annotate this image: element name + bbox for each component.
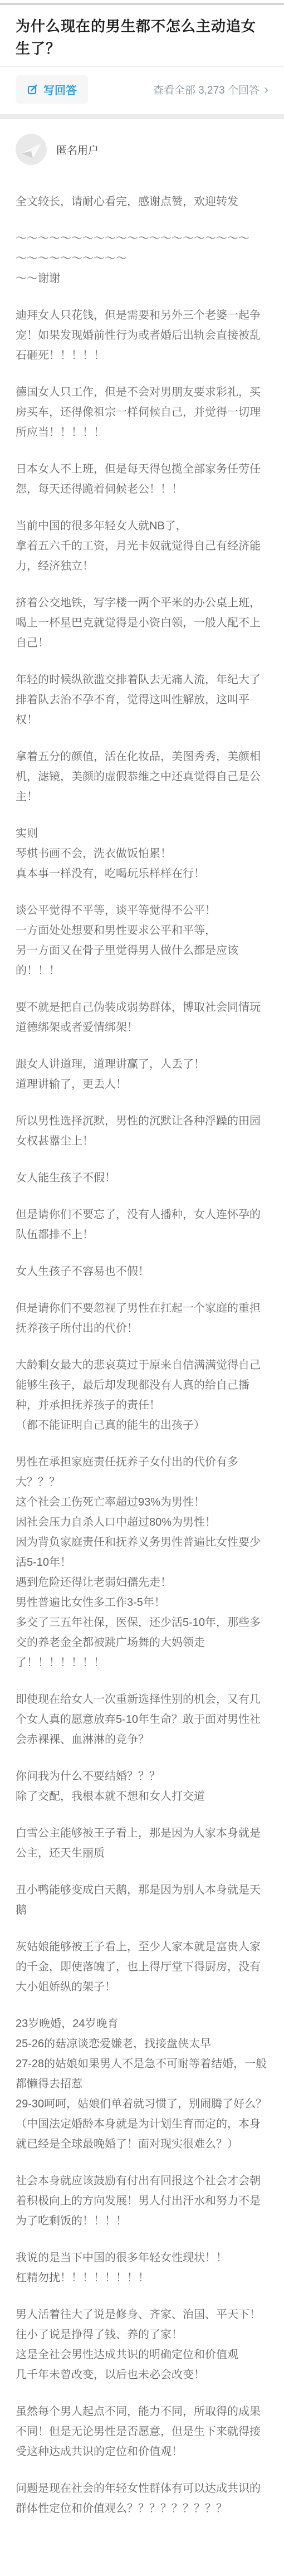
view-all-answers-link[interactable]: 查看全部 3,273 个回答 ›: [153, 82, 268, 97]
answer-paragraph: 全文较长，请耐心看完，感谢点赞，欢迎转发: [16, 192, 268, 212]
answer-body: 全文较长，请耐心看完，感谢点赞，欢迎转发～～～～～～～～～～～～～～～～～～～～…: [16, 192, 268, 2519]
answer-paragraph: 女人生孩子不容易也不假！: [16, 1262, 268, 1282]
avatar[interactable]: [16, 134, 47, 165]
answer-text-line: 挤着公交地铁，写字楼一两个平米的办公桌上班，喝上一杯星巴克就觉得是小资白领，一般…: [16, 593, 268, 653]
answer-paragraph: 当前中国的很多年轻女人就NB了，拿着五六千的工资，月光卡奴就觉得自己有经济能力，…: [16, 516, 268, 576]
answer-text-line: 男性普遍比女性多工作3-5年！: [16, 1593, 268, 1613]
answer-paragraph: 男人活着往大了说是修身、齐家、治国、平天下！往小了说是挣得了钱、养的了家！这是全…: [16, 2305, 268, 2385]
answer-text-line: 谈公平觉得不平等，谈平等觉得不公平！: [16, 900, 268, 921]
chevron-right-icon: ›: [264, 84, 268, 95]
answer-text-line: 但是请你们不要忽视了男性在扛起一个家庭的重担抚养孩子所付出的代价！: [16, 1298, 268, 1338]
answer-text-line: 27-28的姑娘如果男人不是急不可耐等着结婚，一般都懒得去招惹: [16, 2054, 268, 2094]
answer-paragraph: 男性在承担家庭责任抚养子女付出的代价有多大？？？这个社会工伤死亡率超过93%为男…: [16, 1452, 268, 1673]
answer-text-line: 多交了三五年社保，医保，还少活5-10年，那些多交的养老金全都被跳广场舞的大妈领…: [16, 1613, 268, 1673]
answer-paragraph: 丑小鸭能够变成白天鹅，那是因为别人本身就是天鹅: [16, 1880, 268, 1920]
write-answer-label: 写回答: [43, 81, 77, 98]
answer-text-line: 25-26的菇凉谈恋爱嫌老，找接盘侠太早: [16, 2034, 268, 2054]
answer-paragraph: 你问我为什么不要结婚？？？除了交配，我根本就不想和女人打交道: [16, 1766, 268, 1806]
answer-text-line: 大龄剩女最大的悲哀莫过于原来自信满满觉得自己能够生孩子，最后却发现都没有人真的给…: [16, 1355, 268, 1415]
answer-paragraph: 女人能生孩子不假！: [16, 1168, 268, 1188]
answer-paragraph: 灰姑娘能够被王子看上，至少人家本就是富贵人家的千金，即使落魄了，也上得厅堂下得厨…: [16, 1937, 268, 1997]
section-divider: [0, 114, 284, 119]
answer-paragraph: 年轻的时候纵欲滥交排着队去无痛人流，年纪大了排着队去治不孕不育，觉得这叫性解放，…: [16, 670, 268, 730]
view-all-label: 查看全部 3,273 个回答: [153, 82, 259, 97]
answer-text-line: 年轻的时候纵欲滥交排着队去无痛人流，年纪大了排着队去治不孕不育，觉得这叫性解放，…: [16, 670, 268, 730]
answer-card: 匿名用户 全文较长，请耐心看完，感谢点赞，欢迎转发～～～～～～～～～～～～～～～…: [0, 119, 284, 2549]
answer-text-line: 白雪公主能够被王子看上，那是因为人家本身就是公主，还天生丽质: [16, 1823, 268, 1863]
answer-text-line: 拿着五六千的工资，月光卡奴就觉得自己有经济能力，经济独立！: [16, 536, 268, 576]
answer-text-line: 女人生孩子不容易也不假！: [16, 1262, 268, 1282]
answer-text-line: ～～谢谢: [16, 269, 268, 289]
answer-text-line: 23岁晚婚，24岁晚育: [16, 2014, 268, 2034]
answer-paragraph: 要不就是把自己伪装成弱势群体，博取社会同情玩道德绑架或者爱情绑架！: [16, 997, 268, 1038]
answer-text-line: 29-30呵呵，姑娘们单着就习惯了，别闹腾了好么？: [16, 2094, 268, 2114]
answer-paragraph: 日本女人不上班，但是每天得包揽全部家务任劳任怨，每天还得跪着伺候老公！！！: [16, 459, 268, 499]
write-answer-button[interactable]: 写回答: [16, 75, 88, 104]
question-page: 为什么现在的男生都不怎么主动追女生了？ 写回答 查看全部 3,273 个回答 ›: [0, 0, 284, 2549]
answer-text-line: 德国女人只工作，但是不会对男朋友要求彩礼，买房买车，还得像祖宗一样伺候自己，并觉…: [16, 382, 268, 442]
answer-paragraph: 谈公平觉得不平等，谈平等觉得不公平！一方面处处想要和男性要求公平和平等，另一方面…: [16, 900, 268, 981]
answer-text-line: 迪拜女人只花钱，但是需要和另外三个老婆一起争宠！如果发现婚前性行为或者婚后出轨会…: [16, 305, 268, 366]
answer-text-line: 因社会压力自杀人口中超过80%为男性！: [16, 1512, 268, 1532]
answer-text-line: 你问我为什么不要结婚？？？: [16, 1766, 268, 1786]
question-title: 为什么现在的男生都不怎么主动追女生了？: [16, 15, 268, 60]
answer-paragraph: 实则琴棋书画不会，洗衣做饭怕累！真本事一样没有，吃喝玩乐样样在行！: [16, 824, 268, 884]
screenshot-top-edge: [0, 0, 284, 5]
question-action-row: 写回答 查看全部 3,273 个回答 ›: [0, 67, 284, 114]
answer-text-line: 当前中国的很多年轻女人就NB了，: [16, 516, 268, 536]
answer-text-line: 一方面处处想要和男性要求公平和平等，: [16, 921, 268, 941]
answer-text-line: 这个社会工伤死亡率超过93%为男性！: [16, 1492, 268, 1512]
answer-text-line: 丑小鸭能够变成白天鹅，那是因为别人本身就是天鹅: [16, 1880, 268, 1920]
answer-text-line: 拿着五分的颜值，活在化妆品，美图秀秀，美颜相机，滤镜，美颜的虚假恭维之中还真觉得…: [16, 747, 268, 807]
answer-text-line: 男性在承担家庭责任抚养子女付出的代价有多大？？？: [16, 1452, 268, 1492]
answer-text-line: 另一方面又在骨子里觉得男人做什么都是应该的！！！: [16, 941, 268, 981]
edit-square-icon: [27, 84, 38, 95]
answer-paragraph: 拿着五分的颜值，活在化妆品，美图秀秀，美颜相机，滤镜，美颜的虚假恭维之中还真觉得…: [16, 747, 268, 807]
anonymous-paper-plane-icon: [16, 134, 47, 165]
answer-paragraph: 白雪公主能够被王子看上，那是因为人家本身就是公主，还天生丽质: [16, 1823, 268, 1863]
answer-paragraph: 迪拜女人只花钱，但是需要和另外三个老婆一起争宠！如果发现婚前性行为或者婚后出轨会…: [16, 305, 268, 366]
answer-paragraph: 即使现在给女人一次重新选择性别的机会，又有几个女人真的愿意放弃5-10年生命？敢…: [16, 1689, 268, 1750]
answer-text-line: 琴棋书画不会，洗衣做饭怕累！: [16, 844, 268, 864]
answer-text-line: 道理讲输了，更丢人！: [16, 1074, 268, 1094]
answer-text-line: 除了交配，我根本就不想和女人打交道: [16, 1786, 268, 1806]
answer-text-line: 男人活着往大了说是修身、齐家、治国、平天下！: [16, 2305, 268, 2325]
answer-author-row[interactable]: 匿名用户: [16, 134, 268, 165]
answer-paragraph: 挤着公交地铁，写字楼一两个平米的办公桌上班，喝上一杯星巴克就觉得是小资白领，一般…: [16, 593, 268, 653]
answer-paragraph: 虽然每个男人起点不同，能力不同，所取得的成果不同！但是无论男性是否愿意，但是生下…: [16, 2402, 268, 2462]
answer-text-line: 女人能生孩子不假！: [16, 1168, 268, 1188]
answer-text-line: ～～～～～～～～～～: [16, 249, 268, 269]
answer-text-line: （中国法定婚龄本身就是为计划生育而定的，本身就已经是全球最晚婚了！面对现实很难么…: [16, 2114, 268, 2154]
answer-paragraph: 跟女人讲道理，道理讲赢了，人丢了！道理讲输了，更丢人！: [16, 1054, 268, 1094]
answer-text-line: 这是全社会男性达成共识的明确定位和价值观: [16, 2345, 268, 2365]
question-header: 为什么现在的男生都不怎么主动追女生了？: [0, 5, 284, 66]
answer-text-line: 实则: [16, 824, 268, 844]
answer-text-line: 灰姑娘能够被王子看上，至少人家本就是富贵人家的千金，即使落魄了，也上得厅堂下得厨…: [16, 1937, 268, 1997]
answer-text-line: 日本女人不上班，但是每天得包揽全部家务任劳任怨，每天还得跪着伺候老公！！！: [16, 459, 268, 499]
answer-text-line: 往小了说是挣得了钱、养的了家！: [16, 2325, 268, 2345]
answer-text-line: 我说的是当下中国的很多年轻女性现状！！: [16, 2248, 268, 2268]
answer-text-line: 杠精勿扰！！！！！！！！: [16, 2268, 268, 2288]
answer-text-line: 社会本身就应该鼓励有付出有回报这个社会才会朝着积极向上的方向发展！男人付出汗水和…: [16, 2171, 268, 2231]
answer-paragraph: 社会本身就应该鼓励有付出有回报这个社会才会朝着积极向上的方向发展！男人付出汗水和…: [16, 2171, 268, 2231]
answer-paragraph: 德国女人只工作，但是不会对男朋友要求彩礼，买房买车，还得像祖宗一样伺候自己，并觉…: [16, 382, 268, 442]
answer-paragraph: 23岁晚婚，24岁晚育25-26的菇凉谈恋爱嫌老，找接盘侠太早27-28的姑娘如…: [16, 2014, 268, 2154]
answer-text-line: ～～～～～～～～～～～～～～～～～～～～～: [16, 228, 268, 249]
answer-paragraph: 所以男性选择沉默，男性的沉默让各种浮躁的田园女权甚嚣尘上！: [16, 1111, 268, 1151]
answer-paragraph: 问题是现在社会的年轻女性群体有可以达成共识的群体性定位和价值观么？？？？？？？？…: [16, 2478, 268, 2519]
answer-text-line: （都不能证明自己真的能生的出孩子）: [16, 1415, 268, 1435]
answer-paragraph: 大龄剩女最大的悲哀莫过于原来自信满满觉得自己能够生孩子，最后却发现都没有人真的给…: [16, 1355, 268, 1435]
answer-text-line: 即使现在给女人一次重新选择性别的机会，又有几个女人真的愿意放弃5-10年生命？敢…: [16, 1689, 268, 1750]
answer-text-line: 但是请你们不要忘了，没有人播种，女人连怀孕的队伍都排不上！: [16, 1205, 268, 1245]
answer-text-line: 因为背负家庭责任和抚养义务男性普遍比女性要少活5-10年！: [16, 1532, 268, 1572]
answer-text-line: 问题是现在社会的年轻女性群体有可以达成共识的群体性定位和价值观么？？？？？？？？…: [16, 2478, 268, 2519]
answer-paragraph: ～～～～～～～～～～～～～～～～～～～～～～～～～～～～～～～～～谢谢: [16, 228, 268, 289]
answer-paragraph: 但是请你们不要忘了，没有人播种，女人连怀孕的队伍都排不上！: [16, 1205, 268, 1245]
answer-text-line: 跟女人讲道理，道理讲赢了，人丢了！: [16, 1054, 268, 1074]
answer-text-line: 所以男性选择沉默，男性的沉默让各种浮躁的田园女权甚嚣尘上！: [16, 1111, 268, 1151]
answer-text-line: 几千年未曾改变，以后也未必会改变！: [16, 2365, 268, 2385]
answer-paragraph: 但是请你们不要忽视了男性在扛起一个家庭的重担抚养孩子所付出的代价！: [16, 1298, 268, 1338]
answer-text-line: 要不就是把自己伪装成弱势群体，博取社会同情玩道德绑架或者爱情绑架！: [16, 997, 268, 1038]
answer-text-line: 全文较长，请耐心看完，感谢点赞，欢迎转发: [16, 192, 268, 212]
author-name: 匿名用户: [56, 142, 99, 157]
answer-text-line: 真本事一样没有，吃喝玩乐样样在行！: [16, 864, 268, 884]
answer-paragraph: 我说的是当下中国的很多年轻女性现状！！杠精勿扰！！！！！！！！: [16, 2248, 268, 2288]
answer-text-line: 遇到危险还得让老弱妇孺先走！: [16, 1572, 268, 1593]
answer-text-line: 虽然每个男人起点不同，能力不同，所取得的成果不同！但是无论男性是否愿意，但是生下…: [16, 2402, 268, 2462]
